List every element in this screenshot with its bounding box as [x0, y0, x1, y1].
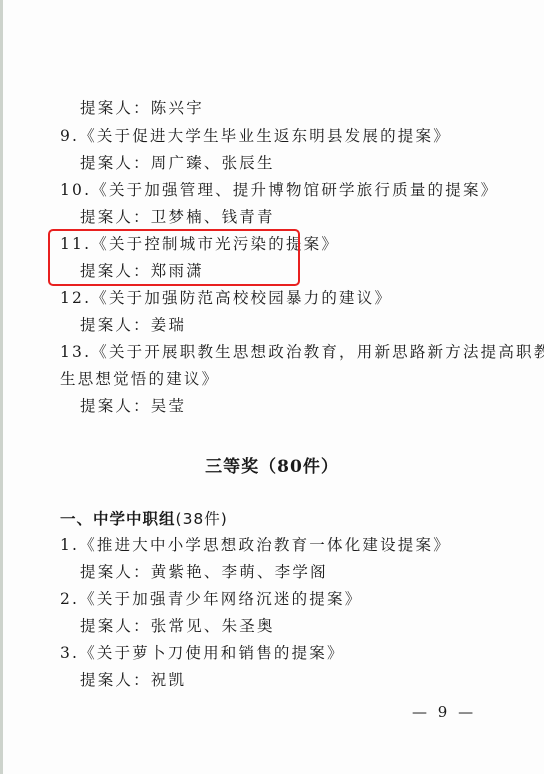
proposal-title: 12.《关于加强防范高校校园暴力的建议》: [60, 288, 392, 308]
proposal-title: 3.《关于萝卜刀使用和销售的提案》: [60, 643, 345, 663]
proposer-line: 提案人：吴莹: [80, 396, 186, 416]
proposer-line: 提案人：张常见、朱圣奥: [80, 616, 275, 636]
page-number: — 9 —: [412, 703, 476, 721]
proposer-line: 提案人：黄紫艳、李萌、李学阁: [80, 562, 328, 582]
section-heading: 一、中学中职组(38件): [60, 507, 228, 529]
proposer-line: 提案人：卫梦楠、钱青青: [80, 207, 275, 227]
proposer-line: 提案人：祝凯: [80, 670, 186, 690]
section-label: 一、中学中职组: [60, 510, 176, 528]
proposal-title-continuation: 生思想觉悟的建议》: [60, 369, 219, 389]
proposal-title: 9.《关于促进大学生毕业生返东明县发展的提案》: [60, 126, 451, 146]
section-count: (38件): [176, 510, 228, 528]
proposal-title: 2.《关于加强青少年网络沉迷的提案》: [60, 589, 362, 609]
proposer-line: 提案人：陈兴宇: [80, 98, 204, 118]
proposer-line: 提案人：周广臻、张辰生: [80, 153, 275, 173]
award-heading: 三等奖（80件）: [0, 452, 544, 477]
proposer-line: 提案人：姜瑞: [80, 315, 186, 335]
proposal-title: 13.《关于开展职教生思想政治教育，用新思路新方法提高职教: [60, 342, 544, 362]
proposal-title: 10.《关于加强管理、提升博物馆研学旅行质量的提案》: [60, 180, 498, 200]
highlight-box: [48, 229, 300, 286]
proposal-title: 1.《推进大中小学思想政治教育一体化建设提案》: [60, 535, 451, 555]
